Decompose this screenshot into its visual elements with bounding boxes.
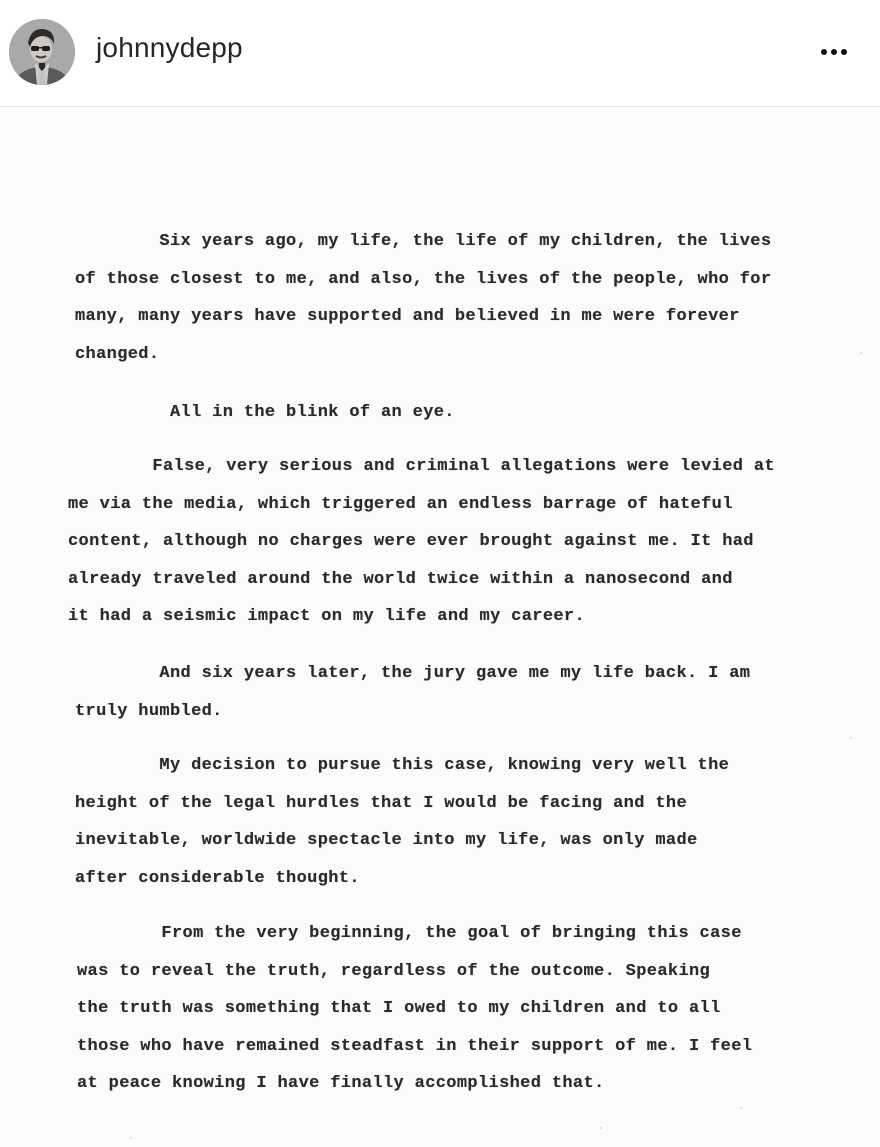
letter-paragraph: All in the blink of an eye. xyxy=(75,394,455,432)
more-options-icon xyxy=(821,49,827,55)
post-header: johnnydepp xyxy=(0,0,880,107)
paper-speck xyxy=(740,1107,742,1109)
letter-paragraph: And six years later, the jury gave me my… xyxy=(75,655,750,730)
letter-paragraph: My decision to pursue this case, knowing… xyxy=(75,747,729,897)
paper-speck xyxy=(850,737,852,739)
more-options-icon xyxy=(831,49,837,55)
letter-paragraph: From the very beginning, the goal of bri… xyxy=(77,915,752,1103)
paper-speck xyxy=(600,1127,602,1129)
more-options-icon xyxy=(841,49,847,55)
letter-image: Six years ago, my life, the life of my c… xyxy=(0,107,880,1147)
paper-speck xyxy=(130,1137,132,1139)
paper-speck xyxy=(860,352,862,354)
letter-paragraph: False, very serious and criminal allegat… xyxy=(68,448,775,636)
avatar[interactable] xyxy=(9,19,75,85)
username[interactable]: johnnydepp xyxy=(96,32,243,64)
letter-paragraph: Six years ago, my life, the life of my c… xyxy=(75,223,771,373)
more-options-button[interactable] xyxy=(814,40,854,64)
profile-photo-icon xyxy=(9,19,75,85)
